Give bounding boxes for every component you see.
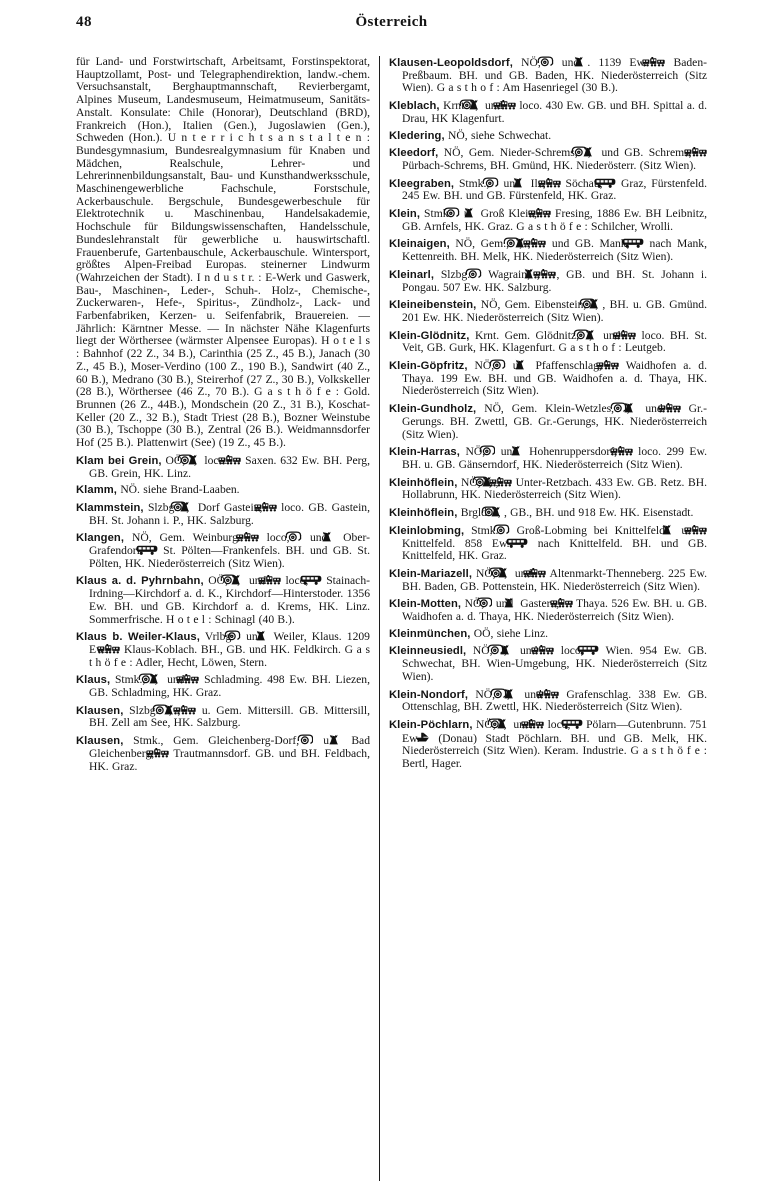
directory-entry: Klein-Glödnitz, Krnt. Gem. Glödnitz, , u…: [389, 329, 707, 355]
directory-entry: Klaus a. d. Pyhrnbahn, OÖ, , und loco, S…: [76, 574, 370, 626]
ship-icon: [428, 732, 430, 743]
directory-entry: Klein-Nondorf, NÖ, , und Grafenschlag. 3…: [389, 688, 707, 714]
railway-icon: [626, 330, 636, 340]
posthorn-icon: [236, 630, 241, 641]
railway-icon: [186, 705, 196, 715]
entry-headword: Klammstein,: [76, 502, 144, 514]
directory-entry: Klausen-Leopoldsdorf, NÖ, und . 1139 Ew.…: [389, 56, 707, 95]
entry-headword: Kleedorf,: [389, 147, 438, 159]
entry-headword: Klein-Mariazell,: [389, 568, 472, 580]
directory-entry: Kleinhöflein, Brgld. , , GB., BH. und 91…: [389, 506, 707, 520]
directory-entry: Klammstein, Slzbg. , Dorf Gastein, loco.…: [76, 501, 370, 527]
posthorn-icon: [309, 734, 314, 745]
bus-icon: [635, 238, 644, 248]
directory-entry: Kleinaigen, NÖ, Gem., , , und GB. Mank, …: [389, 237, 707, 263]
posthorn-icon: [501, 359, 506, 370]
entry-headword: Klaus,: [76, 674, 110, 686]
entry-headword: Kleblach,: [389, 100, 440, 112]
entry-headword: Kleinhöflein,: [389, 477, 457, 489]
posthorn-icon: [549, 56, 554, 67]
column-right: Klausen-Leopoldsdorf, NÖ, und . 1139 Ew.…: [379, 56, 707, 1181]
railway-icon: [110, 644, 120, 654]
railway-icon: [536, 238, 546, 248]
railway-icon: [534, 719, 544, 729]
entry-headword: Kleinhöflein,: [389, 507, 457, 519]
directory-entry: Kleinarl, Slzbg. Wagrain, , , GB. und BH…: [389, 268, 707, 294]
gazetteer-page: 48 Österreich für Land- und Forstwirtsch…: [0, 0, 769, 1193]
railway-icon: [159, 748, 169, 758]
directory-entry: Klaus, Stmk., , und Schladming. 498 Ew. …: [76, 673, 370, 699]
railway-icon: [609, 360, 619, 370]
entry-headword: Klamm,: [76, 484, 117, 496]
directory-entry: Kleinneusiedl, NÖ, , und loco, Wien. 954…: [389, 644, 707, 683]
directory-entry: Klein-Harras, NÖ, und Hohenruppersdorf, …: [389, 445, 707, 471]
railway-icon: [671, 403, 681, 413]
entry-headword: Kleinlobming,: [389, 525, 464, 537]
entry-headword: Klangen,: [76, 532, 124, 544]
directory-entry: Klangen, NÖ, Gem. Weinburg. loco, und Ob…: [76, 531, 370, 570]
directory-entry: Klaus b. Weiler-Klaus, Vrlbg und Weiler,…: [76, 630, 370, 669]
directory-entry: Kledering, NÖ, siehe Schwechat.: [389, 130, 707, 143]
directory-entry-continuation: für Land- und Forstwirtschaft, Arbeitsam…: [76, 56, 370, 450]
railway-icon: [267, 502, 277, 512]
entry-headword: Kledering,: [389, 130, 445, 142]
railway-icon: [551, 178, 561, 188]
posthorn-icon: [455, 207, 460, 218]
directory-entry: Klein, Stmk. u. Groß Klein, Fresing, 188…: [389, 207, 707, 233]
directory-entry: Klein-Göpfritz, NÖ, u. Pfaffenschlag, Wa…: [389, 359, 707, 398]
posthorn-icon: [505, 524, 510, 535]
railway-icon: [506, 100, 516, 110]
two-column-text: für Land- und Forstwirtschaft, Arbeitsam…: [76, 56, 707, 1181]
directory-entry: Kleedorf, NÖ, Gem. Nieder-Schrems, , und…: [389, 146, 707, 172]
posthorn-icon: [488, 597, 493, 608]
entry-headword: Klausen,: [76, 735, 123, 747]
directory-entry: Kleineibenstein, NÖ, Gem. Eibenstein, , …: [389, 298, 707, 324]
entry-headword: Kleineibenstein,: [389, 299, 476, 311]
railway-icon: [623, 446, 633, 456]
entry-headword: Kleinneusiedl,: [389, 645, 466, 657]
railway-icon: [546, 269, 556, 279]
railway-icon: [697, 525, 707, 535]
bus-icon: [574, 719, 583, 729]
directory-entry: Kleinmünchen, OÖ, siehe Linz.: [389, 628, 707, 641]
posthorn-icon: [494, 177, 499, 188]
entry-headword: Klein-Nondorf,: [389, 689, 468, 701]
directory-entry: Kleinlobming, Stmk. Groß-Lobming bei Kni…: [389, 524, 707, 563]
directory-entry: Klausen, Stmk., Gem. Gleichenberg-Dorf, …: [76, 734, 370, 773]
posthorn-icon: [477, 268, 482, 279]
entry-headword: Klein,: [389, 208, 420, 220]
bus-icon: [313, 575, 322, 585]
directory-entry: Klein-Pöchlarn, NÖ, , und loco, Pölarn—G…: [389, 718, 707, 771]
directory-entry: Klam bei Grein, OÖ, , loco. Saxen. 632 E…: [76, 454, 370, 480]
column-left: für Land- und Forstwirtschaft, Arbeitsam…: [76, 56, 379, 1181]
directory-entry: Kleinhöflein, NÖ, , , Unter-Retzbach. 43…: [389, 476, 707, 502]
railway-icon: [502, 477, 512, 487]
directory-entry: Kleblach, Krnt. , und loco. 430 Ew. GB. …: [389, 99, 707, 125]
entry-headword: Klausen,: [76, 705, 123, 717]
railway-icon: [544, 645, 554, 655]
railway-icon: [189, 674, 199, 684]
entry-headword: Klein-Göpfritz,: [389, 360, 468, 372]
bus-icon: [607, 178, 616, 188]
directory-entry: Klein-Gundholz, NÖ, Gem. Klein-Wetzles, …: [389, 402, 707, 441]
railway-icon: [549, 689, 559, 699]
entry-headword: Kleinarl,: [389, 269, 434, 281]
directory-entry: Klausen, Slzbg. , , u. Gem. Mittersill. …: [76, 704, 370, 730]
bus-icon: [590, 645, 599, 655]
entry-headword: Klaus a. d. Pyhrnbahn,: [76, 575, 204, 587]
entry-headword: Klein-Pöchlarn,: [389, 719, 473, 731]
page-title: Österreich: [76, 14, 707, 31]
directory-entry: Kleegraben, Stmk., und Ilz, Söchau, Graz…: [389, 177, 707, 203]
railway-icon: [536, 568, 546, 578]
entry-headword: Klaus b. Weiler-Klaus,: [76, 631, 200, 643]
railway-icon: [697, 147, 707, 157]
posthorn-icon: [491, 445, 496, 456]
entry-headword: Klam bei Grein,: [76, 455, 162, 467]
entry-headword: Klein-Gundholz,: [389, 403, 476, 415]
railway-icon: [563, 598, 573, 608]
directory-entry: Klamm, NÖ. siehe Brand-Laaben.: [76, 484, 370, 497]
railway-icon: [249, 532, 259, 542]
entry-headword: Kleinmünchen,: [389, 628, 471, 640]
railway-icon: [231, 455, 241, 465]
bus-icon: [519, 538, 528, 548]
bus-icon: [149, 545, 158, 555]
entry-headword: Klausen-Leopoldsdorf,: [389, 57, 513, 69]
entry-headword: Kleegraben,: [389, 178, 454, 190]
railway-icon: [655, 57, 665, 67]
page-header: 48 Österreich: [76, 12, 707, 46]
directory-entry: Klein-Motten, NÖ, und Gastern, Thaya. 52…: [389, 597, 707, 623]
entry-headword: Klein-Motten,: [389, 598, 461, 610]
entry-headword: Kleinaigen,: [389, 238, 450, 250]
railway-icon: [271, 575, 281, 585]
posthorn-icon: [297, 531, 302, 542]
entry-headword: Klein-Glödnitz,: [389, 330, 469, 342]
directory-entry: Klein-Mariazell, NÖ, , und Altenmarkt-Th…: [389, 567, 707, 593]
entry-headword: Klein-Harras,: [389, 446, 460, 458]
railway-icon: [541, 208, 551, 218]
